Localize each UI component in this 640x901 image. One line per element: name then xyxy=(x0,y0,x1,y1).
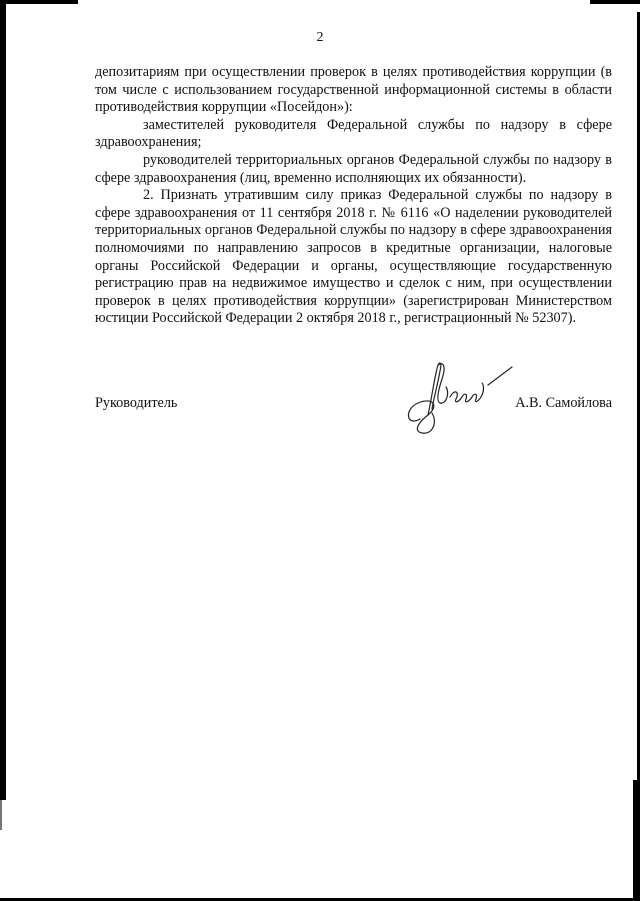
scan-border-top-right xyxy=(590,0,640,4)
scan-border-right-lower xyxy=(633,780,640,901)
scan-border-left-lower xyxy=(0,800,2,830)
paragraph-continuation: депозитариям при осуществлении проверок … xyxy=(95,64,612,117)
page-number: 2 xyxy=(0,30,640,46)
paragraph-deputies: заместителей руководителя Федеральной сл… xyxy=(95,117,612,152)
handwritten-signature-icon xyxy=(398,357,518,437)
scan-border-top xyxy=(6,0,78,4)
scan-border-left xyxy=(0,0,6,800)
paragraph-item-2: 2. Признать утратившим силу приказ Федер… xyxy=(95,187,612,328)
paragraph-territorial-heads: руководителей территориальных органов Фе… xyxy=(95,152,612,187)
signer-name: А.В. Самойлова xyxy=(515,395,612,412)
signer-position: Руководитель xyxy=(95,395,177,412)
document-body: депозитариям при осуществлении проверок … xyxy=(95,64,612,328)
